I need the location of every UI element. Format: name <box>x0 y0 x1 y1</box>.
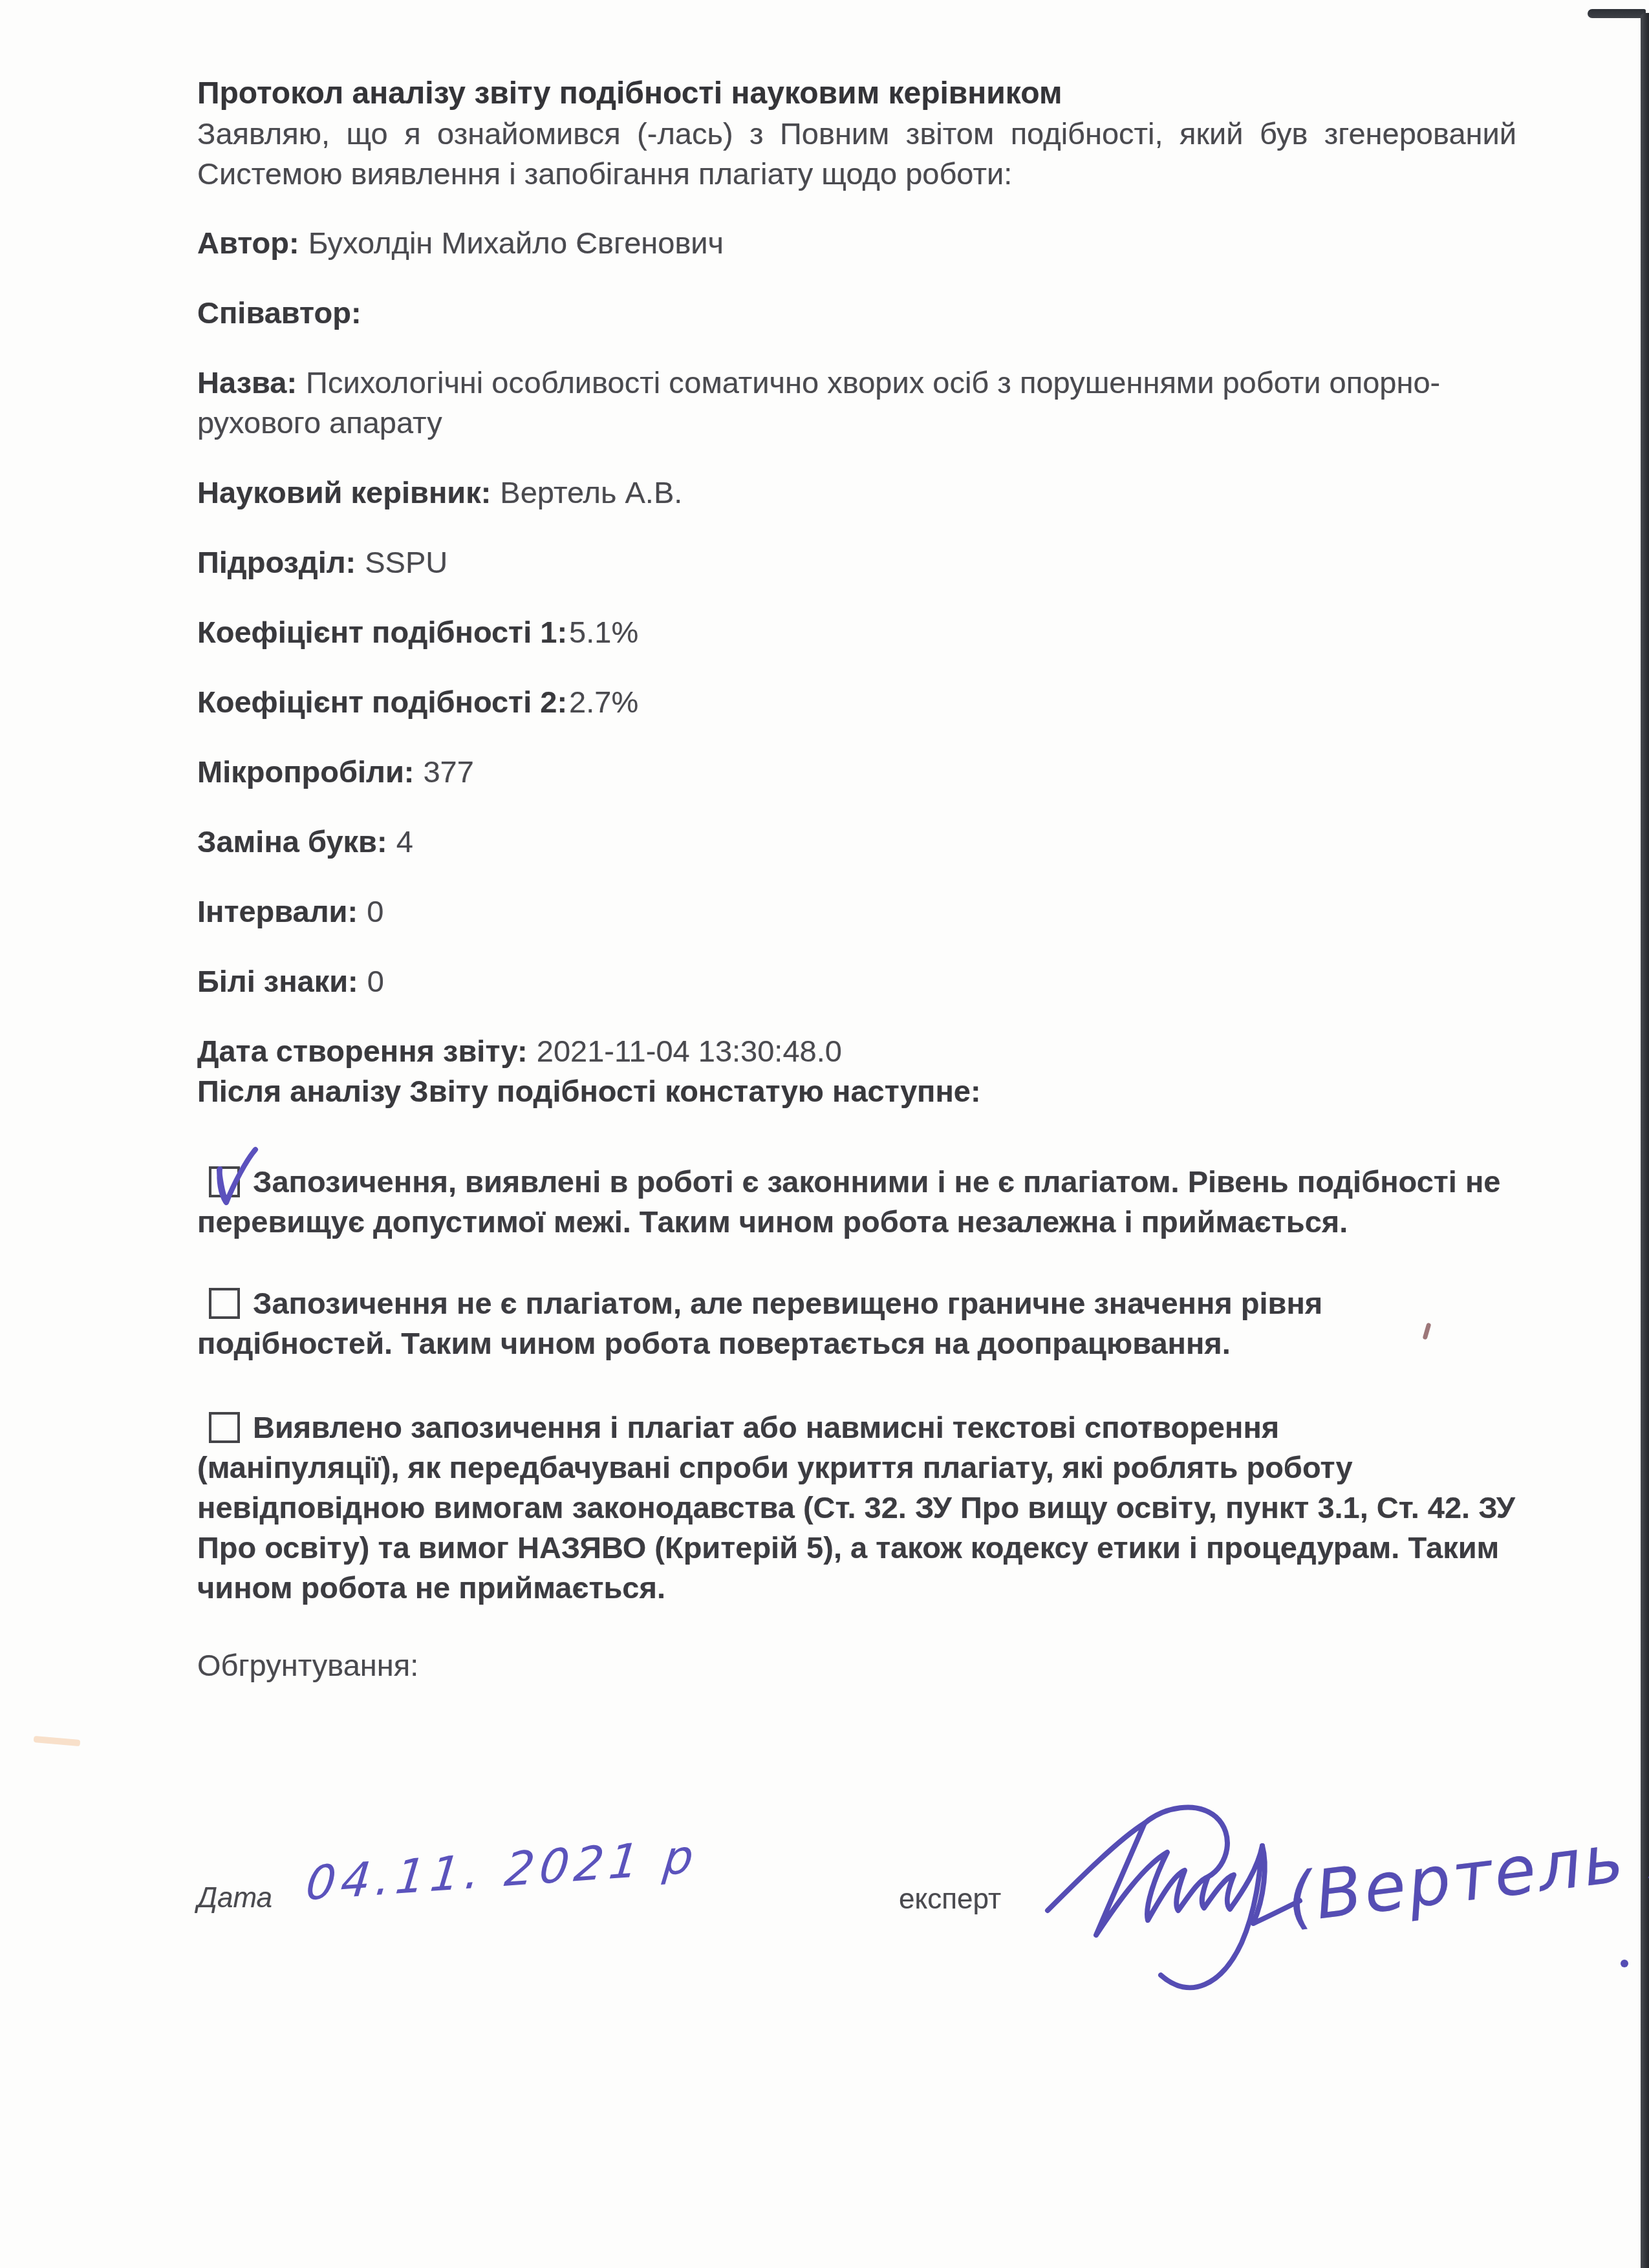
field-intervals: Інтервали:0 <box>197 892 1516 932</box>
date-label: Дата <box>197 1878 272 1918</box>
document-title: Протокол аналізу звіту подібності науков… <box>197 74 1516 114</box>
option-text: Виявлено запозичення і плагіат або навми… <box>197 1410 1515 1605</box>
expert-label: експерт <box>899 1879 1001 1920</box>
field-title-value: Психологічні особливості соматично хвори… <box>197 365 1440 440</box>
checkbox-accepted[interactable] <box>209 1166 240 1197</box>
field-title-label: Назва: <box>197 365 297 400</box>
field-intervals-label: Інтервали: <box>197 894 358 928</box>
signature-block: Дата 04.11. 2021 р експерт (Вертель АВ) <box>197 1859 1516 2130</box>
option-text: Запозичення, виявлені в роботі є законни… <box>197 1164 1500 1239</box>
field-whitesigns-value: 0 <box>367 964 384 998</box>
expert-signature: (Вертель АВ) <box>1035 1762 1649 2020</box>
field-coauthor-label: Співавтор: <box>197 295 361 330</box>
field-supervisor-value: Вертель А.В. <box>500 475 682 509</box>
field-supervisor: Науковий керівник:Вертель А.В. <box>197 473 1516 513</box>
field-microspaces-label: Мікропробіли: <box>197 754 414 789</box>
statement-intro: Після аналізу Звіту подібності констатую… <box>197 1071 1516 1111</box>
field-coef1-label: Коефіцієнт подібності 1: <box>197 615 567 649</box>
field-white-signs: Білі знаки:0 <box>197 961 1516 1001</box>
option-exceeds-threshold-returned: Запозичення не є плагіатом, але перевище… <box>197 1283 1516 1364</box>
checkbox-box-icon <box>209 1288 240 1319</box>
field-similarity-coefficient-2: Коефіцієнт подібності 2:2.7% <box>197 682 1516 722</box>
option-no-plagiarism-accepted: Запозичення, виявлені в роботі є законни… <box>197 1162 1516 1242</box>
field-report-date: Дата створення звіту:2021-11-04 13:30:48… <box>197 1031 1516 1071</box>
signature-name-text: (Вертель АВ) <box>1282 1800 1649 1938</box>
field-letters-value: 4 <box>396 824 413 859</box>
checkbox-rejected[interactable] <box>209 1412 240 1443</box>
handwritten-date: 04.11. 2021 р <box>304 1835 700 1903</box>
field-supervisor-label: Науковий керівник: <box>197 475 491 509</box>
field-microspaces: Мікропробіли:377 <box>197 752 1516 792</box>
field-coef1-value: 5.1% <box>569 615 638 649</box>
field-title-of-work: Назва:Психологічні особливості соматично… <box>197 363 1516 443</box>
field-department-label: Підрозділ: <box>197 545 356 579</box>
option-text: Запозичення не є плагіатом, але перевище… <box>197 1286 1322 1360</box>
field-coauthor: Співавтор: <box>197 293 1516 333</box>
report-date-label: Дата створення звіту: <box>197 1034 528 1068</box>
scan-artifact <box>34 1736 81 1746</box>
field-author: Автор:Бухолдін Михайло Євгенович <box>197 223 1516 263</box>
field-coef2-label: Коефіцієнт подібності 2: <box>197 685 567 719</box>
field-similarity-coefficient-1: Коефіцієнт подібності 1:5.1% <box>197 612 1516 652</box>
field-author-value: Бухолдін Михайло Євгенович <box>308 226 724 260</box>
field-department-value: SSPU <box>365 545 447 579</box>
checkbox-box-icon <box>209 1166 240 1197</box>
checkbox-returned[interactable] <box>209 1288 240 1319</box>
option-plagiarism-rejected: Виявлено запозичення і плагіат або навми… <box>197 1407 1516 1608</box>
field-microspaces-value: 377 <box>423 754 473 789</box>
field-letters-label: Заміна букв: <box>197 824 387 859</box>
justification-label: Обгрунтування: <box>197 1645 1516 1685</box>
field-coef2-value: 2.7% <box>569 685 638 719</box>
report-date-value: 2021-11-04 13:30:48.0 <box>537 1034 842 1068</box>
document-body: Протокол аналізу звіту подібності науков… <box>197 74 1516 2130</box>
intro-paragraph: Заявляю, що я ознайомився (-лась) з Повн… <box>197 114 1516 194</box>
field-author-label: Автор: <box>197 226 299 260</box>
field-department: Підрозділ:SSPU <box>197 542 1516 583</box>
field-letter-substitution: Заміна букв:4 <box>197 822 1516 862</box>
field-whitesigns-label: Білі знаки: <box>197 964 358 998</box>
scanned-document-page: { "document": { "title": "Протокол аналі… <box>0 0 1649 2268</box>
checkbox-box-icon <box>209 1412 240 1443</box>
field-intervals-value: 0 <box>367 894 383 928</box>
scan-edge-top-right <box>1588 9 1646 18</box>
